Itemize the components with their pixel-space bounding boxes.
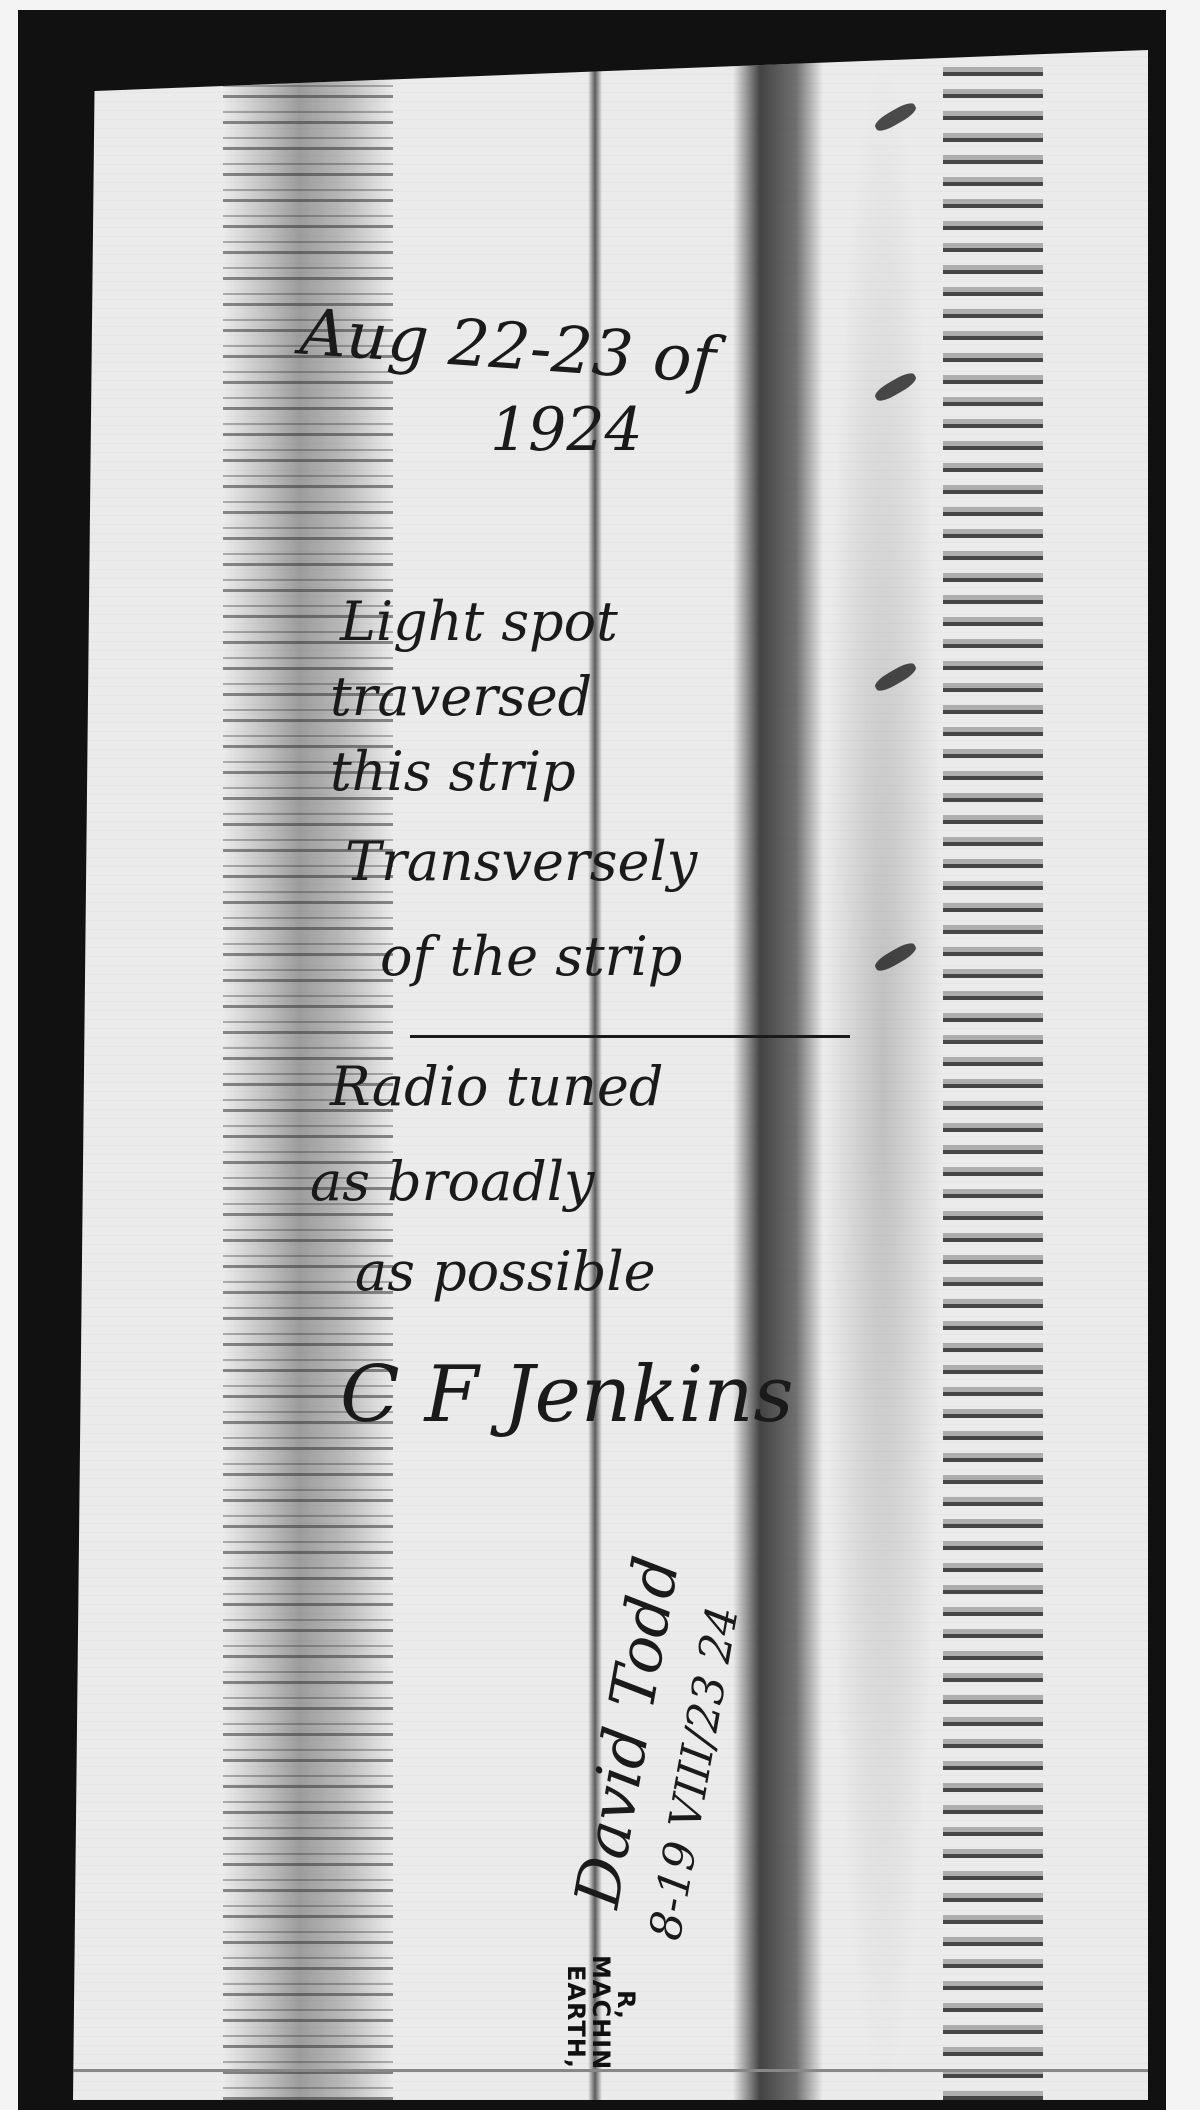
note-line: Light spot bbox=[340, 590, 618, 653]
signal-band-right-spots bbox=[823, 50, 943, 2100]
note-line: this strip bbox=[330, 740, 576, 803]
printed-stamp-line: R, bbox=[612, 1990, 640, 2020]
signature-jenkins: C F Jenkins bbox=[340, 1350, 794, 1440]
signal-band-right-streaks bbox=[943, 50, 1043, 2100]
edge-tick-mark bbox=[20, 1985, 70, 1995]
underline-rule bbox=[410, 1035, 850, 1038]
note-line: Transversely bbox=[345, 830, 697, 893]
note-line: Radio tuned bbox=[330, 1055, 663, 1118]
signal-band-right-dark bbox=[733, 50, 823, 2100]
handwritten-year: 1924 bbox=[490, 395, 643, 465]
edge-tick-mark bbox=[20, 1960, 50, 1970]
printed-stamp-line: MACHIN bbox=[587, 1955, 615, 2070]
printed-stamp-line: EARTH, bbox=[562, 1965, 590, 2069]
note-line: of the strip bbox=[380, 925, 682, 988]
note-line: as possible bbox=[355, 1240, 656, 1303]
note-line: as broadly bbox=[310, 1150, 595, 1213]
note-line: traversed bbox=[330, 665, 592, 728]
